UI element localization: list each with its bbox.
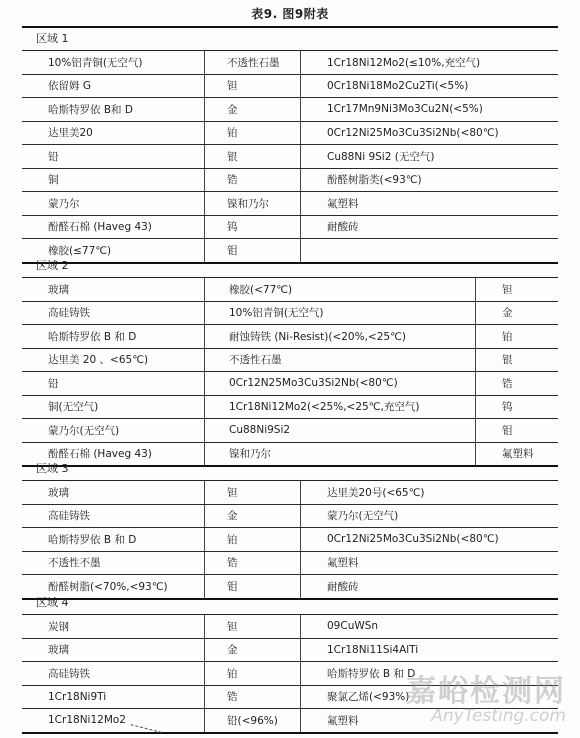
zone-label: 区域 2 — [22, 255, 558, 278]
table-cell: 钽 — [204, 481, 300, 504]
table-cell: 银 — [204, 145, 300, 168]
table-cell: 蒙乃尔(无空气) — [300, 505, 558, 528]
table-cell: Cu88Ni 9Si2 (无空气) — [300, 145, 558, 168]
table-cell: 聚氯乙烯(<93%) — [300, 686, 558, 709]
table-cell: 哈斯特罗依 B 和 D — [300, 662, 558, 685]
table-row: 哈斯特罗依 B和 D金1Cr17Mn9Ni3Mo3Cu2N(<5%) — [22, 98, 558, 122]
zone-3-section: 区域 3 玻璃钽达里美20号(<65℃) 高硅铸铁金蒙乃尔(无空气) 哈斯特罗依… — [22, 458, 558, 600]
table-cell: 不透性石墨 — [204, 349, 475, 372]
table-cell: 银 — [475, 349, 558, 372]
table-title: 表9. 图9附表 — [0, 5, 580, 22]
table-cell: 1Cr18Ni9Ti — [22, 686, 204, 709]
table-cell: 金 — [475, 302, 558, 325]
table-cell: 哈斯特罗依 B 和 D — [22, 325, 204, 348]
zone-1-section: 区域 1 10%铝青铜(无空气)不透性石墨1Cr18Ni12Mo2(≤10%,充… — [22, 28, 558, 264]
table-cell: 铅 — [22, 372, 204, 395]
table-row: 铅0Cr12N25Mo3Cu3Si2Nb(<80℃)锆 — [22, 372, 558, 396]
table-row: 不透性不墨锆氟塑料 — [22, 552, 558, 576]
table-cell: 达里美20 — [22, 122, 204, 145]
table-cell: 10%铝青铜(无空气) — [204, 302, 475, 325]
table-cell: 1Cr17Mn9Ni3Mo3Cu2N(<5%) — [300, 98, 558, 121]
table-row: 玻璃橡胶(<77℃)钽 — [22, 278, 558, 302]
table-cell: 达里美 20 、<65℃) — [22, 349, 204, 372]
table-cell: 锆 — [204, 169, 300, 192]
table-cell: 铅 — [22, 145, 204, 168]
table-cell: 酚醛石棉 (Haveg 43) — [22, 216, 204, 239]
table-row: 酚醛石棉 (Haveg 43)钨耐酸砖 — [22, 216, 558, 240]
table-cell: 达里美20号(<65℃) — [300, 481, 558, 504]
table-cell: 铂 — [204, 528, 300, 551]
table-cell: 酚醛树脂类(<93℃) — [300, 169, 558, 192]
zone-2-section: 区域 2 玻璃橡胶(<77℃)钽 高硅铸铁10%铝青铜(无空气)金 哈斯特罗依 … — [22, 255, 558, 467]
table-row: 依留姆 G钽0Cr18Ni18Mo2Cu2Ti(<5%) — [22, 75, 558, 99]
table-cell: 锆 — [204, 686, 300, 709]
table-row: 达里美20铂0Cr12Ni25Mo3Cu3Si2Nb(<80℃) — [22, 122, 558, 146]
table-row: 哈斯特罗依 B 和 D铂0Cr12Ni25Mo3Cu3Si2Nb(<80℃) — [22, 528, 558, 552]
table-cell: 1Cr18Ni12Mo2(≤10%,充空气) — [300, 51, 558, 74]
table-cell: 钨 — [204, 216, 300, 239]
table-cell: 10%铝青铜(无空气) — [22, 51, 204, 74]
table-cell: 氟塑料 — [300, 709, 558, 732]
table-cell: 锆 — [475, 372, 558, 395]
table-row: 玻璃金1Cr18Ni11Si4AlTi — [22, 639, 558, 663]
table-row: 高硅铸铁铂哈斯特罗依 B 和 D — [22, 662, 558, 686]
table-cell: 耐蚀铸铁 (Ni-Resist)(<20%,<25℃) — [204, 325, 475, 348]
table-row: 高硅铸铁金蒙乃尔(无空气) — [22, 505, 558, 529]
table-row: 10%铝青铜(无空气)不透性石墨1Cr18Ni12Mo2(≤10%,充空气) — [22, 51, 558, 75]
table-row: 铅银Cu88Ni 9Si2 (无空气) — [22, 145, 558, 169]
table-cell: 锆 — [204, 552, 300, 575]
table-cell: 钽 — [475, 278, 558, 301]
table-row: 哈斯特罗依 B 和 D耐蚀铸铁 (Ni-Resist)(<20%,<25℃)铂 — [22, 325, 558, 349]
table-cell: 不透性石墨 — [204, 51, 300, 74]
table-cell: 蒙乃尔(无空气) — [22, 419, 204, 442]
table-row: 高硅铸铁10%铝青铜(无空气)金 — [22, 302, 558, 326]
table-cell: 0Cr12N25Mo3Cu3Si2Nb(<80℃) — [204, 372, 475, 395]
table-cell: 氟塑料 — [300, 552, 558, 575]
table-cell: 镍和乃尔 — [204, 192, 300, 215]
table-cell: 09CuWSn — [300, 615, 558, 638]
table-cell: 高硅铸铁 — [22, 302, 204, 325]
table-row: 1Cr18Ni9Ti锆聚氯乙烯(<93%) — [22, 686, 558, 710]
zone-label: 区域 3 — [22, 458, 558, 481]
table-cell: 哈斯特罗依 B 和 D — [22, 528, 204, 551]
table-row: 铜(无空气)1Cr18Ni12Mo2(<25%,<25℃,充空气)钨 — [22, 396, 558, 420]
zone-label: 区域 1 — [22, 28, 558, 51]
document-page: 表9. 图9附表 区域 1 10%铝青铜(无空气)不透性石墨1Cr18Ni12M… — [0, 0, 580, 738]
zone-4-section: 区域 4 炭钢钽09CuWSn 玻璃金1Cr18Ni11Si4AlTi 高硅铸铁… — [22, 592, 558, 734]
table-cell: 金 — [204, 639, 300, 662]
table-cell: 铜 — [22, 169, 204, 192]
table-cell: 玻璃 — [22, 278, 204, 301]
table-cell: 炭钢 — [22, 615, 204, 638]
table-cell: 氟塑料 — [300, 192, 558, 215]
table-cell: 0Cr12Ni25Mo3Cu3Si2Nb(<80℃) — [300, 122, 558, 145]
table-cell: 玻璃 — [22, 639, 204, 662]
table-cell: 铅(<96%) — [204, 709, 300, 732]
table-cell: 0Cr18Ni18Mo2Cu2Ti(<5%) — [300, 75, 558, 98]
table-cell: 耐酸砖 — [300, 216, 558, 239]
table-row: 蒙乃尔镍和乃尔氟塑料 — [22, 192, 558, 216]
table-cell: 铂 — [475, 325, 558, 348]
table-cell: 哈斯特罗依 B和 D — [22, 98, 204, 121]
table-cell: 玻璃 — [22, 481, 204, 504]
table-row: 玻璃钽达里美20号(<65℃) — [22, 481, 558, 505]
table-cell: 金 — [204, 505, 300, 528]
table-cell: 铂 — [204, 122, 300, 145]
table-row: 蒙乃尔(无空气)Cu88Ni9Si2钼 — [22, 419, 558, 443]
table-cell: 高硅铸铁 — [22, 505, 204, 528]
table-cell: 0Cr12Ni25Mo3Cu3Si2Nb(<80℃) — [300, 528, 558, 551]
table-row: 铜锆酚醛树脂类(<93℃) — [22, 169, 558, 193]
table-cell: 钼 — [475, 419, 558, 442]
table-cell: 铜(无空气) — [22, 396, 204, 419]
table-row: 达里美 20 、<65℃)不透性石墨银 — [22, 349, 558, 373]
table-cell: 依留姆 G — [22, 75, 204, 98]
table-row: 1Cr18Ni12Mo2铅(<96%)氟塑料 — [22, 709, 558, 734]
table-cell: Cu88Ni9Si2 — [204, 419, 475, 442]
zone-label: 区域 4 — [22, 592, 558, 615]
table-cell: 1Cr18Ni11Si4AlTi — [300, 639, 558, 662]
table-cell: 铂 — [204, 662, 300, 685]
table-cell: 金 — [204, 98, 300, 121]
table-cell: 不透性不墨 — [22, 552, 204, 575]
table-cell: 蒙乃尔 — [22, 192, 204, 215]
table-cell: 1Cr18Ni12Mo2 — [22, 709, 204, 732]
table-row: 炭钢钽09CuWSn — [22, 615, 558, 639]
table-cell: 钨 — [475, 396, 558, 419]
table-cell: 橡胶(<77℃) — [204, 278, 475, 301]
table-cell: 1Cr18Ni12Mo2(<25%,<25℃,充空气) — [204, 396, 475, 419]
table-cell: 钽 — [204, 615, 300, 638]
table-cell: 钽 — [204, 75, 300, 98]
table-cell: 高硅铸铁 — [22, 662, 204, 685]
